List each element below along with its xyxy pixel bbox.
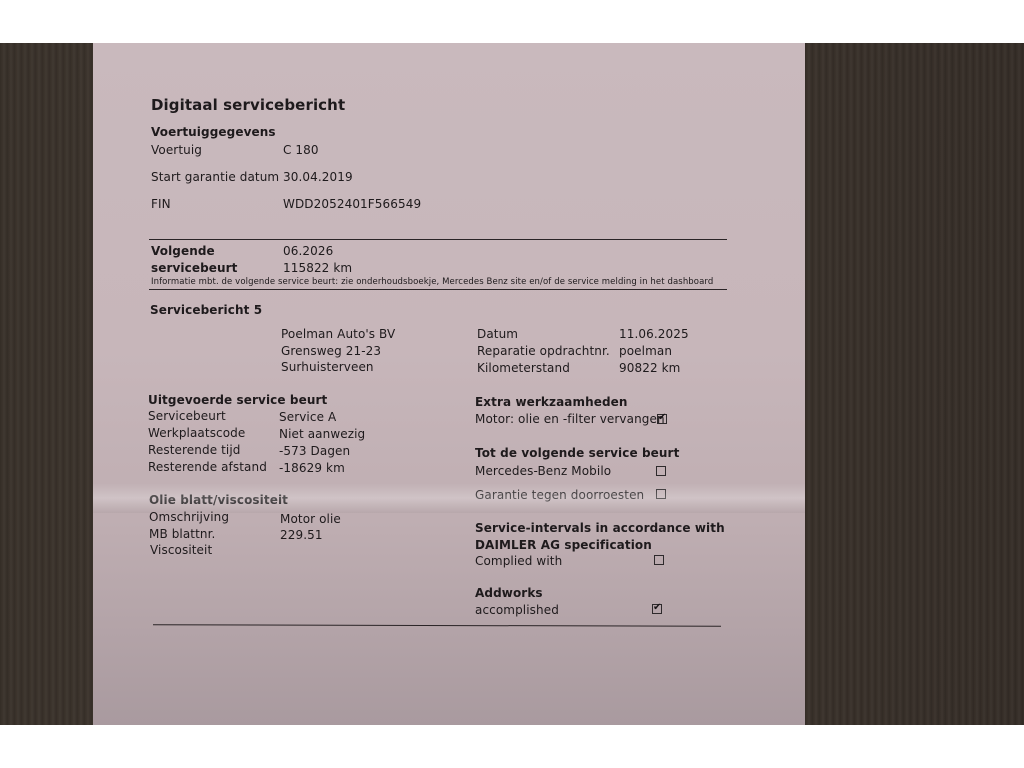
odometer-label: Kilometerstand: [477, 361, 570, 375]
dealer-name: Poelman Auto's BV: [281, 327, 395, 341]
rust-warranty-label: Garantie tegen doorroesten: [475, 488, 644, 502]
intervals-heading-2: DAIMLER AG specification: [475, 538, 652, 552]
remaining-time-value: -573 Dagen: [279, 444, 350, 458]
service-report-heading: Servicebericht 5: [150, 303, 262, 317]
extra-work-heading: Extra werkzaamheden: [475, 395, 628, 409]
accomplished-label: accomplished: [475, 603, 559, 617]
vehicle-label: Voertuig: [151, 143, 202, 157]
remaining-distance-label: Resterende afstand: [148, 460, 267, 474]
date-value: 11.06.2025: [619, 327, 689, 341]
divider: [149, 239, 727, 240]
service-type-label: Servicebeurt: [148, 409, 226, 423]
repair-order-value: poelman: [619, 344, 672, 358]
bottom-divider: [153, 624, 721, 626]
performed-service-heading: Uitgevoerde service beurt: [148, 393, 327, 407]
oil-description-value: Motor olie: [280, 512, 341, 526]
addworks-heading: Addworks: [475, 586, 543, 600]
workshop-code-value: Niet aanwezig: [279, 427, 365, 441]
vehicle-value: C 180: [283, 143, 319, 157]
oil-filter-checkbox: [657, 414, 667, 424]
oil-description-label: Omschrijving: [149, 510, 229, 524]
fin-value: WDD2052401F566549: [283, 197, 421, 211]
complied-checkbox: [654, 555, 664, 565]
warranty-start-value: 30.04.2019: [283, 170, 353, 184]
workshop-code-label: Werkplaatscode: [148, 426, 245, 440]
mobilo-label: Mercedes-Benz Mobilo: [475, 464, 611, 478]
next-service-label-2: servicebeurt: [151, 261, 238, 275]
remaining-distance-value: -18629 km: [279, 461, 345, 475]
fin-label: FIN: [151, 197, 171, 211]
next-service-label-1: Volgende: [151, 244, 215, 258]
mobilo-checkbox: [656, 466, 666, 476]
vehicle-section-heading: Voertuiggegevens: [151, 125, 276, 139]
service-type-value: Service A: [279, 410, 336, 424]
next-service-mileage: 115822 km: [283, 261, 352, 275]
service-report-paper: Digitaal servicebericht Voertuiggegevens…: [93, 43, 805, 725]
repair-order-label: Reparatie opdrachtnr.: [477, 344, 610, 358]
next-service-date: 06.2026: [283, 244, 333, 258]
rust-warranty-checkbox: [656, 489, 666, 499]
odometer-value: 90822 km: [619, 361, 680, 375]
mb-sheet-value: 229.51: [280, 528, 323, 542]
accomplished-checkbox: [652, 604, 662, 614]
divider: [149, 289, 727, 290]
until-next-heading: Tot de volgende service beurt: [475, 446, 679, 460]
warranty-start-label: Start garantie datum: [151, 170, 279, 184]
dealer-street: Grensweg 21-23: [281, 344, 381, 358]
next-service-info: Informatie mbt. de volgende service beur…: [151, 277, 713, 287]
dealer-city: Surhuisterveen: [281, 360, 374, 374]
viscosity-label: Viscositeit: [150, 543, 212, 557]
date-label: Datum: [477, 327, 518, 341]
remaining-time-label: Resterende tijd: [148, 443, 240, 457]
complied-label: Complied with: [475, 554, 562, 568]
oil-filter-label: Motor: olie en -filter vervangen: [475, 412, 665, 426]
mb-sheet-label: MB blattnr.: [149, 527, 215, 541]
oil-heading: Olie blatt/viscositeit: [149, 493, 288, 507]
intervals-heading-1: Service-intervals in accordance with: [475, 521, 725, 535]
document-title: Digitaal servicebericht: [151, 96, 345, 114]
